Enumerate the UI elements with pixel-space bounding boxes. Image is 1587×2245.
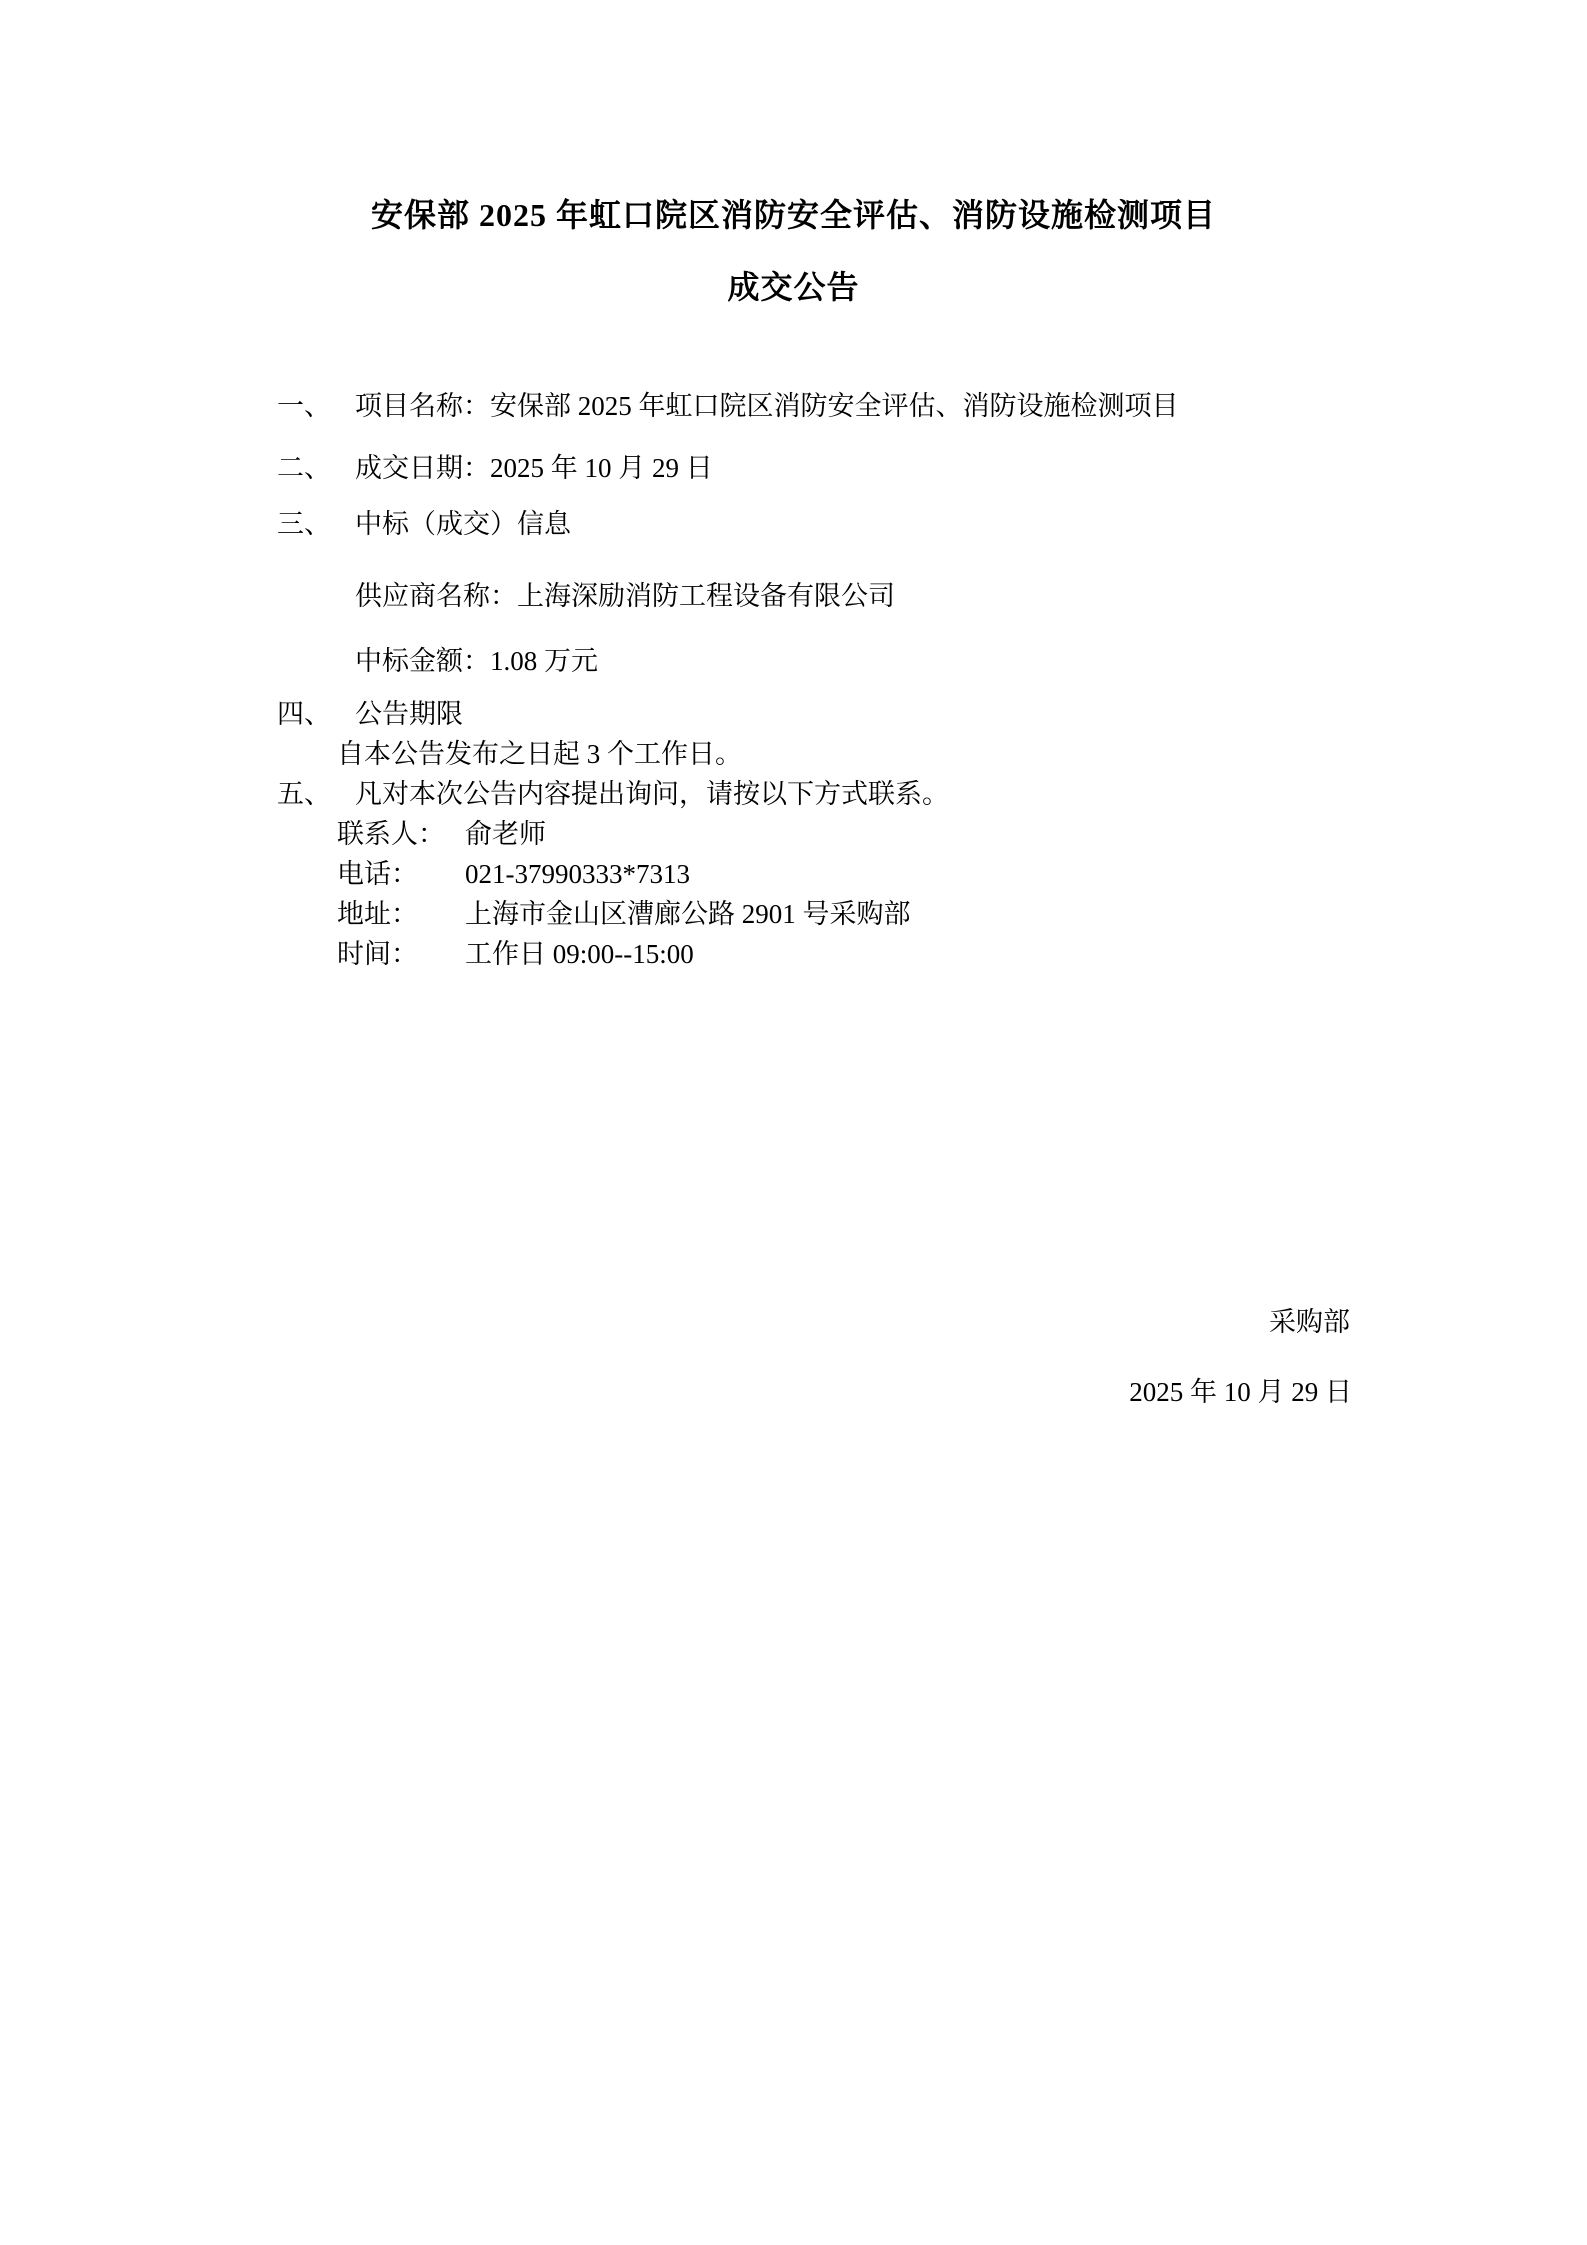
notice-period-detail-line: 自本公告发布之日起 3 个工作日。 bbox=[337, 736, 742, 772]
contact-person-label: 联系人： bbox=[337, 816, 465, 852]
item-text: 成交日期：2025 年 10 月 29 日 bbox=[355, 453, 713, 483]
award-amount-line: 中标金额：1.08 万元 bbox=[355, 643, 598, 679]
list-item-project-name: 一、项目名称：安保部 2025 年虹口院区消防安全评估、消防设施检测项目 bbox=[277, 388, 1179, 424]
list-item-notice-period: 四、公告期限 bbox=[277, 696, 463, 732]
signature-department: 采购部 bbox=[1269, 1300, 1350, 1339]
contact-phone-label: 电话： bbox=[337, 856, 465, 892]
contact-time-label: 时间： bbox=[337, 936, 465, 972]
contact-phone-value: 021-37990333*7313 bbox=[465, 859, 690, 889]
contact-time-value: 工作日 09:00--15:00 bbox=[465, 939, 694, 969]
item-text: 公告期限 bbox=[355, 699, 463, 729]
item-number: 三、 bbox=[277, 506, 355, 542]
document-title-line1: 安保部 2025 年虹口院区消防安全评估、消防设施检测项目 bbox=[0, 190, 1587, 236]
item-number: 五、 bbox=[277, 776, 355, 812]
contact-phone-row: 电话：021-37990333*7313 bbox=[337, 856, 690, 892]
contact-person-value: 俞老师 bbox=[465, 819, 546, 849]
signature-date: 2025 年 10 月 29 日 bbox=[1129, 1370, 1352, 1409]
contact-address-label: 地址： bbox=[337, 896, 465, 932]
supplier-name-line: 供应商名称：上海深励消防工程设备有限公司 bbox=[355, 578, 895, 614]
list-item-award-info: 三、中标（成交）信息 bbox=[277, 506, 571, 542]
contact-address-value: 上海市金山区漕廊公路 2901 号采购部 bbox=[465, 899, 911, 929]
item-number: 四、 bbox=[277, 696, 355, 732]
contact-time-row: 时间：工作日 09:00--15:00 bbox=[337, 936, 694, 972]
document-page: 安保部 2025 年虹口院区消防安全评估、消防设施检测项目 成交公告 一、项目名… bbox=[0, 0, 1587, 2245]
list-item-award-date: 二、成交日期：2025 年 10 月 29 日 bbox=[277, 450, 713, 486]
item-text: 中标（成交）信息 bbox=[355, 509, 571, 539]
document-title-line2: 成交公告 bbox=[0, 262, 1587, 308]
list-item-inquiry: 五、凡对本次公告内容提出询问，请按以下方式联系。 bbox=[277, 776, 949, 812]
contact-person-row: 联系人：俞老师 bbox=[337, 816, 546, 852]
item-text: 凡对本次公告内容提出询问，请按以下方式联系。 bbox=[355, 779, 949, 809]
contact-address-row: 地址：上海市金山区漕廊公路 2901 号采购部 bbox=[337, 896, 911, 932]
item-number: 一、 bbox=[277, 388, 355, 424]
item-number: 二、 bbox=[277, 450, 355, 486]
item-text: 项目名称：安保部 2025 年虹口院区消防安全评估、消防设施检测项目 bbox=[355, 391, 1179, 421]
